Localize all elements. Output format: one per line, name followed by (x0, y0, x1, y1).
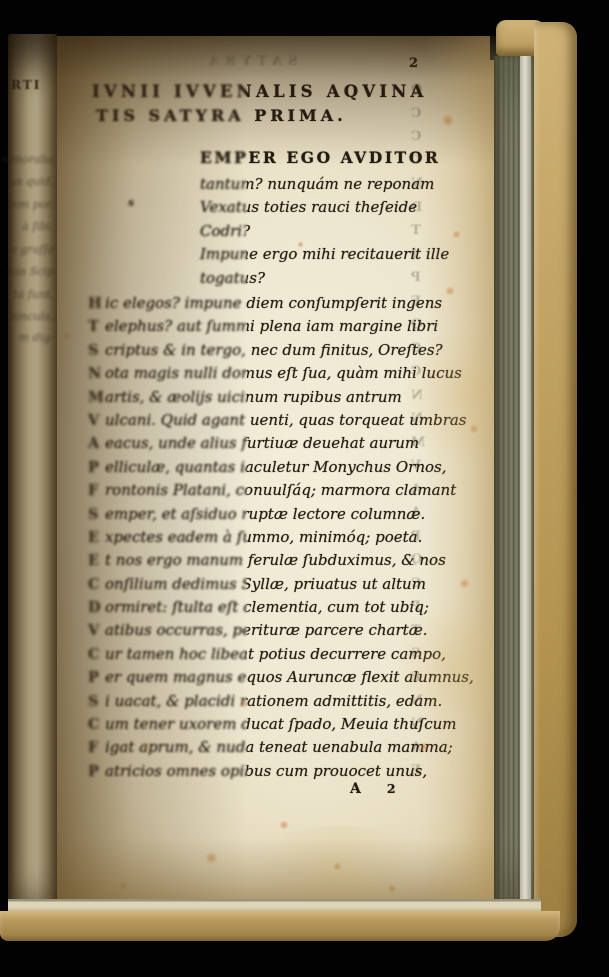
verse-initial: P (88, 669, 105, 686)
page-title-line1: IVNII IVVENALIS AQVINA (92, 82, 428, 101)
book-scan: RTI mmoralia us quid, tem por, à ſibi, o… (0, 0, 609, 977)
foxing-spot (452, 230, 461, 239)
folio-number: 2 (409, 56, 418, 71)
incipit-line: tantum? nunquám ne reponam (200, 173, 480, 196)
verse-initial: S (88, 342, 105, 359)
verse-line: Et nos ergo manum ferulæ ſubduximus, & n… (88, 550, 474, 573)
previous-page-line-fragment: m dig- (19, 331, 54, 344)
foxing-spot (445, 286, 455, 296)
verse-initial: S (88, 693, 105, 710)
incipit-block: EMPER EGO AVDITOR tantum? nunquám ne rep… (200, 148, 480, 290)
verse-line: Hic elegos? impune diem conſumpſerit ing… (88, 293, 474, 316)
verse-initial: N (88, 365, 105, 382)
foxing-spot (419, 742, 429, 752)
verse-initial: C (88, 646, 105, 663)
incipit-line: togatus? (200, 267, 480, 290)
signature-letter: A (350, 781, 361, 797)
incipit-line: Vexatus toties rauci theſeide (200, 196, 480, 219)
verse-line: Frontonis Platani, conuulſáq; marmora cl… (88, 480, 474, 503)
foxing-spot (141, 742, 150, 751)
previous-page-line-fragment: ta ſunt, (13, 288, 54, 301)
verse-initial: F (88, 739, 105, 756)
verse-initial: V (88, 622, 105, 639)
bottom-cover-edge (0, 911, 560, 941)
verse-text: xpectes eadem à ſummo, minimóq; poeta. (105, 528, 422, 546)
fore-edge (494, 56, 534, 902)
verse-text: ic elegos? impune diem conſumpſerit inge… (105, 294, 442, 312)
verse-text: igat aprum, & nuda teneat uenabula mamma… (105, 738, 453, 756)
verse-line: Expectes eadem à ſummo, minimóq; poeta. (88, 527, 474, 550)
foxing-spot (459, 578, 470, 589)
verse-initial: P (88, 763, 105, 780)
fore-edge-highlight (520, 56, 531, 902)
verse-line: Telephus? aut ſummi plena iam margine li… (88, 316, 474, 339)
foxing-spot (297, 241, 304, 248)
verse-initial: F (88, 482, 105, 499)
verse-initial: S (88, 506, 105, 523)
previous-page-line-fragment: us quid, (10, 175, 54, 188)
verse-text: elliculæ, quantas iaculetur Monychus Orn… (105, 458, 447, 476)
verse-initial: A (88, 435, 105, 452)
verse-initial: M (88, 389, 105, 406)
foxing-spot (63, 332, 71, 340)
foxing-spot (441, 114, 455, 127)
verse-text: atricios omnes opibus cum prouocet unus, (105, 762, 427, 780)
verse-initial: T (88, 318, 105, 335)
ghost-showthrough-header: SATYRA (203, 54, 298, 69)
verse-initial: H (88, 295, 105, 312)
verse-text: i uacat, & placidi rationem admittitis, … (105, 692, 442, 710)
verse-text: criptus & in tergo, nec dum finitus, Ore… (105, 341, 443, 359)
verse-text: artis, & æolijs uicinum rupibus antrum (105, 388, 402, 406)
verse-line: Pelliculæ, quantas iaculetur Monychus Or… (88, 457, 474, 480)
ghost-letter: C (411, 106, 421, 121)
verse-initial: E (88, 529, 105, 546)
vellum-cover (534, 22, 577, 937)
previous-page-running-title: RTI (11, 78, 41, 92)
verse-initial: C (88, 576, 105, 593)
book-page-recto: SATYRA Q C C C N D T I P E Q C C N N M V… (57, 36, 494, 899)
verse-initial: D (88, 599, 105, 616)
initial-guide-letter: s (128, 196, 134, 209)
foxing-spot (241, 700, 249, 708)
previous-page-edge: RTI mmoralia us quid, tem por, à ſibi, o… (8, 34, 57, 913)
incipit-line: Codri? (200, 220, 480, 243)
previous-page-line-fragment: nincula, (9, 310, 54, 323)
foxing-spot (119, 882, 127, 890)
verse-line: Patricios omnes opibus cum prouocet unus… (88, 761, 474, 784)
verse-text: emper, et aſsiduo ruptæ lectore columnæ. (105, 505, 425, 523)
verse-line: Semper, et aſsiduo ruptæ lectore columnæ… (88, 504, 474, 527)
verse-text: ur tamen hoc libeat potius decurrere cam… (105, 645, 446, 663)
page-title-line2: TIS SATYRA PRIMA. (96, 106, 347, 125)
verse-initial: E (88, 552, 105, 569)
incipit-line: Impune ergo mihi recitauerit ille (200, 243, 480, 266)
foxing-spot (205, 852, 218, 864)
previous-page-line-fragment: o graſſa (10, 243, 54, 256)
previous-page-line-fragment: nus Scip (6, 265, 54, 278)
verse-initial: V (88, 412, 105, 429)
previous-page-line-fragment: à ſibi, (22, 220, 54, 233)
verse-text: onſilium dedimus Syllæ, priuatus ut altu… (105, 575, 426, 593)
verse-line: Conſilium dedimus Syllæ, priuatus ut alt… (88, 574, 474, 597)
quire-signature: A 2 (350, 781, 396, 797)
foxing-spot (83, 38, 99, 52)
verse-initial: C (88, 716, 105, 733)
ghost-letter: C (411, 129, 421, 144)
stain (397, 596, 507, 736)
verse-text: um tener uxorem ducat ſpado, Meuia thuſc… (105, 715, 456, 733)
verse-text: atibus occurras, perituræ parcere chartæ… (105, 621, 428, 639)
verse-text: rontonis Platani, conuulſáq; marmora cla… (105, 481, 456, 499)
previous-page-line-fragment: tem por, (8, 198, 54, 211)
signature-numeral: 2 (387, 781, 396, 797)
previous-page-line-fragment: mmoralia (1, 153, 54, 166)
verse-initial: P (88, 459, 105, 476)
foxing-spot (279, 820, 289, 830)
verse-text: elephus? aut ſummi plena iam margine lib… (105, 317, 438, 335)
incipit-caps: EMPER EGO AVDITOR (200, 148, 480, 167)
verse-text: t nos ergo manum ferulæ ſubduximus, & no… (105, 551, 446, 569)
verse-text: ormiret: ſtulta eſt clementia, cum tot u… (105, 598, 429, 616)
verse-text: eacus, unde alius furtiuæ deuehat aurum (105, 434, 419, 452)
